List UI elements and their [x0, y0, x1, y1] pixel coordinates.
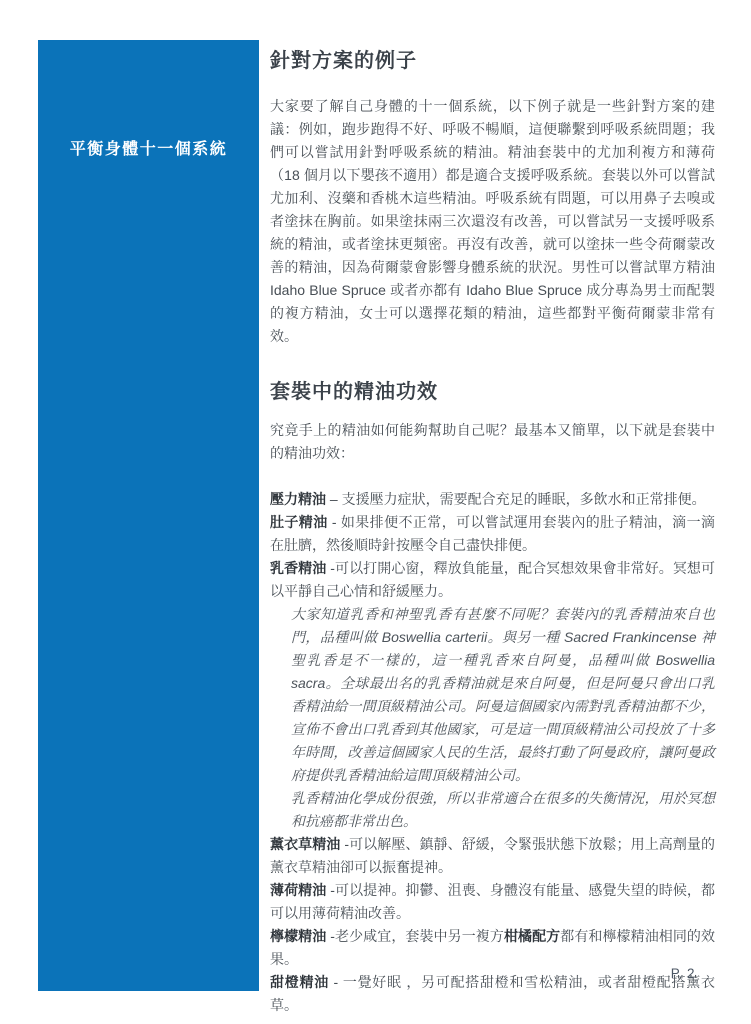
section-heading-targeted-examples: 針對方案的例子 — [270, 49, 715, 73]
oil-item-lavender: 薰衣草精油 -可以解壓、鎮靜、舒緩，令緊張狀態下放鬆；用上高劑量的薰衣草精油卻可… — [270, 833, 715, 879]
oil-description: – 支援壓力症狀，需要配合充足的睡眠，多飲水和正常排便。 — [326, 491, 706, 507]
oil-item-orange: 甜橙精油 - 一覺好眠 ，另可配搭甜橙和雪松精油，或者甜橙配搭薰衣草。 — [270, 971, 715, 1017]
oil-description: - 如果排便不正常，可以嘗試運用套裝內的肚子精油，滴一滴在肚臍，然後順時針按壓令… — [270, 514, 715, 553]
frankincense-note-paragraph: 大家知道乳香和神聖乳香有甚麼不同呢？套裝內的乳香精油來自也門，品種叫做 Bosw… — [291, 603, 715, 787]
oil-item-stress: 壓力精油 – 支援壓力症狀，需要配合充足的睡眠，多飲水和正常排便。 — [270, 488, 715, 511]
sidebar-title: 平衡身體十一個系統 — [38, 139, 259, 161]
oil-list: 壓力精油 – 支援壓力症狀，需要配合充足的睡眠，多飲水和正常排便。 肚子精油 -… — [270, 488, 715, 1017]
document-page: 平衡身體十一個系統 針對方案的例子 大家要了解自己身體的十一個系統，以下例子就是… — [0, 0, 751, 1024]
oil-description: -可以打開心窗，釋放負能量，配合冥想效果會非常好。冥想可以平靜自己心情和舒緩壓力… — [270, 560, 715, 599]
section-heading-oil-benefits: 套裝中的精油功效 — [270, 380, 715, 404]
oil-name: 肚子精油 — [270, 514, 328, 530]
oil-description: - 一覺好眠 ，另可配搭甜橙和雪松精油，或者甜橙配搭薰衣草。 — [270, 974, 715, 1013]
oil-name: 薰衣草精油 — [270, 836, 340, 852]
main-content: 針對方案的例子 大家要了解自己身體的十一個系統，以下例子就是一些針對方案的建議：… — [270, 49, 715, 1017]
section-targeted-examples: 針對方案的例子 大家要了解自己身體的十一個系統，以下例子就是一些針對方案的建議：… — [270, 49, 715, 348]
oil-description: -可以提神。抑鬱、沮喪、身體沒有能量、感覺失望的時候，都可以用薄荷精油改善。 — [270, 882, 715, 921]
oil-name: 薄荷精油 — [270, 882, 326, 898]
oil-item-frankincense: 乳香精油 -可以打開心窗，釋放負能量，配合冥想效果會非常好。冥想可以平靜自己心情… — [270, 557, 715, 603]
oil-benefits-intro: 究竟手上的精油如何能夠幫助自己呢？最基本又簡單，以下就是套裝中的精油功效： — [270, 419, 715, 465]
frankincense-note: 大家知道乳香和神聖乳香有甚麼不同呢？套裝內的乳香精油來自也門，品種叫做 Bosw… — [291, 603, 715, 833]
oil-name: 甜橙精油 — [270, 974, 329, 990]
page-number: P. 2 — [671, 966, 695, 981]
oil-name: 檸檬精油 — [270, 928, 326, 944]
targeted-examples-paragraph: 大家要了解自己身體的十一個系統，以下例子就是一些針對方案的建議：例如，跑步跑得不… — [270, 95, 715, 348]
frankincense-note-paragraph: 乳香精油化學成份很強，所以非常適合在很多的失衡情況，用於冥想和抗癌都非常出色。 — [291, 787, 715, 833]
oil-item-peppermint: 薄荷精油 -可以提神。抑鬱、沮喪、身體沒有能量、感覺失望的時候，都可以用薄荷精油… — [270, 879, 715, 925]
oil-item-belly: 肚子精油 - 如果排便不正常，可以嘗試運用套裝內的肚子精油，滴一滴在肚臍，然後順… — [270, 511, 715, 557]
oil-name: 壓力精油 — [270, 491, 326, 507]
oil-item-lemon: 檸檬精油 -老少咸宜，套裝中另一複方柑橘配方都有和檸檬精油相同的效果。 — [270, 925, 715, 971]
oil-description: -老少咸宜，套裝中另一複方 — [326, 928, 504, 944]
sidebar: 平衡身體十一個系統 — [38, 40, 259, 991]
oil-description-bold: 柑橘配方 — [504, 928, 560, 944]
section-oil-benefits: 套裝中的精油功效 究竟手上的精油如何能夠幫助自己呢？最基本又簡單，以下就是套裝中… — [270, 380, 715, 1017]
oil-name: 乳香精油 — [270, 560, 326, 576]
